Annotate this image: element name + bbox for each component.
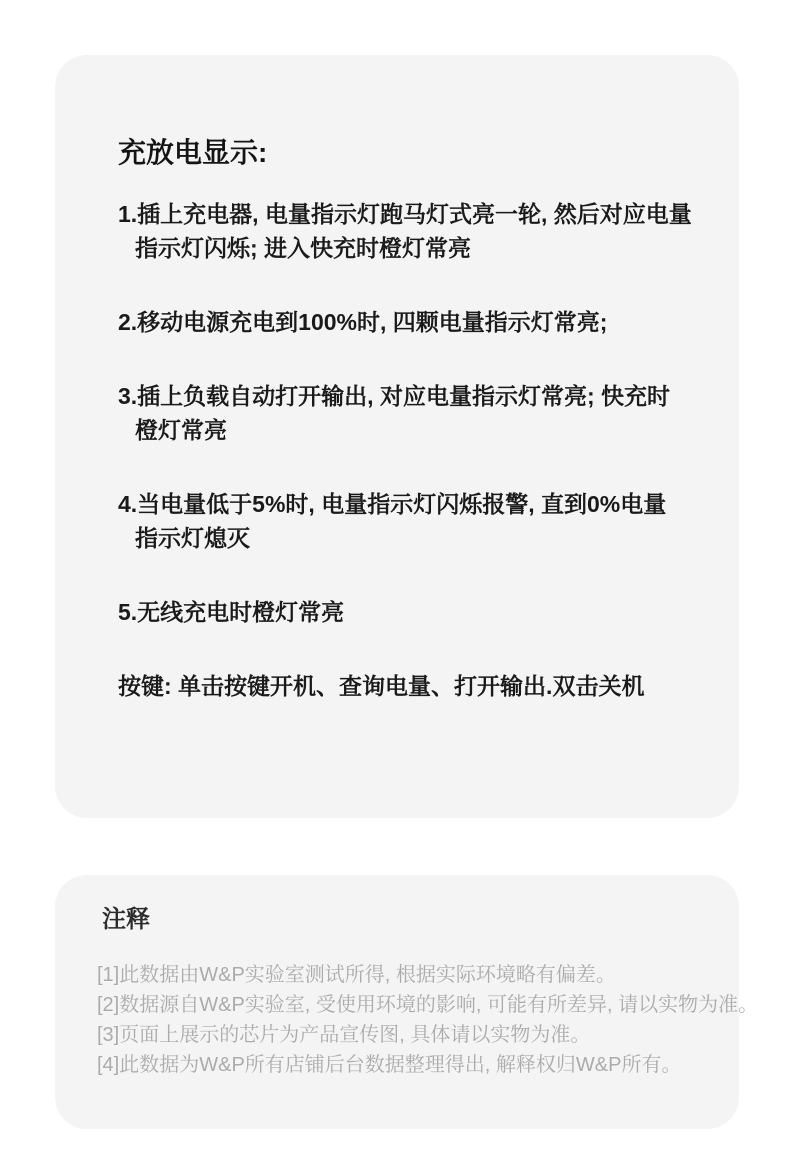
product-description-page: 充放电显示: 1.插上充电器, 电量指示灯跑马灯式亮一轮, 然后对应电量 指示灯… xyxy=(0,0,790,1160)
note-1: [1]此数据由W&P实验室测试所得, 根据实际环境略有偏差。 xyxy=(97,960,709,990)
display-item-1-line-2: 指示灯闪烁; 进入快充时橙灯常亮 xyxy=(135,231,693,265)
note-2: [2]数据源自W&P实验室, 受使用环境的影响, 可能有所差异, 请以实物为准。 xyxy=(97,990,709,1020)
display-item-5-line-1: 5.无线充电时橙灯常亮 xyxy=(118,595,693,629)
notes-title: 注释 xyxy=(102,905,709,935)
note-3: [3]页面上展示的芯片为产品宣传图, 具体请以实物为准。 xyxy=(97,1020,709,1050)
display-item-3: 3.插上负载自动打开输出, 对应电量指示灯常亮; 快充时 橙灯常亮 xyxy=(118,379,693,447)
charge-display-title: 充放电显示: xyxy=(118,137,693,169)
note-4: [4]此数据为W&P所有店铺后台数据整理得出, 解释权归W&P所有。 xyxy=(97,1050,709,1080)
display-item-4-line-1: 4.当电量低于5%时, 电量指示灯闪烁报警, 直到0%电量 xyxy=(118,487,693,521)
display-item-1-line-1: 1.插上充电器, 电量指示灯跑马灯式亮一轮, 然后对应电量 xyxy=(118,197,693,231)
charge-display-card: 充放电显示: 1.插上充电器, 电量指示灯跑马灯式亮一轮, 然后对应电量 指示灯… xyxy=(55,55,739,818)
display-item-2: 2.移动电源充电到100%时, 四颗电量指示灯常亮; xyxy=(118,305,693,339)
display-item-3-line-2: 橙灯常亮 xyxy=(135,413,693,447)
display-item-4: 4.当电量低于5%时, 电量指示灯闪烁报警, 直到0%电量 指示灯熄灭 xyxy=(118,487,693,555)
display-item-3-line-1: 3.插上负载自动打开输出, 对应电量指示灯常亮; 快充时 xyxy=(118,379,693,413)
button-instruction-text: 按键: 单击按键开机、查询电量、打开输出.双击关机 xyxy=(118,669,693,703)
display-item-5: 5.无线充电时橙灯常亮 xyxy=(118,595,693,629)
display-item-2-line-1: 2.移动电源充电到100%时, 四颗电量指示灯常亮; xyxy=(118,305,693,339)
display-item-4-line-2: 指示灯熄灭 xyxy=(135,521,693,555)
display-item-1: 1.插上充电器, 电量指示灯跑马灯式亮一轮, 然后对应电量 指示灯闪烁; 进入快… xyxy=(118,197,693,265)
notes-card: 注释 [1]此数据由W&P实验室测试所得, 根据实际环境略有偏差。 [2]数据源… xyxy=(55,875,739,1129)
button-instruction-line: 按键: 单击按键开机、查询电量、打开输出.双击关机 xyxy=(118,669,693,703)
